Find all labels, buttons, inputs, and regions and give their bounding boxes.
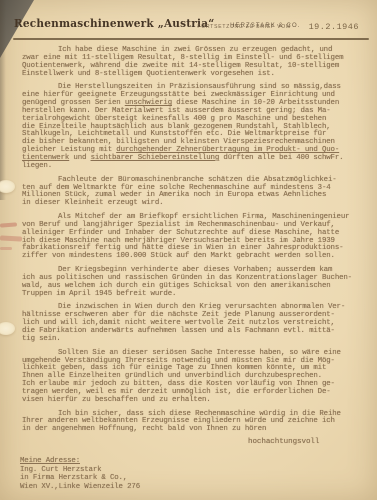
letter-line: Truppen im April 1945 befreit wurde. [22,291,366,299]
paragraph: Sollten Sie an dieser seriösen Sache Int… [22,350,366,405]
letter-body: Ich habe diese Maschine in zwei Grössen … [22,47,366,440]
company-name: Rechenmaschinenwerk „Austria“ [14,18,214,31]
address-line: Wien XV.,Linke Wienzeile 276 [20,483,140,492]
address-line: Ing. Curt Herzstark [20,466,140,475]
address-block: Meine Adresse: Ing. Curt Herzstarkin Fir… [20,457,140,491]
letter-line: in der angenehmen Hoffnung, recht bald v… [22,426,366,434]
paragraph: Fachleute der Büromaschinenbranche schät… [22,177,366,208]
left-edge-shadow [0,0,6,200]
red-edge-mark [0,222,17,227]
paragraph: Ich bin sicher, dass sich diese Rechenma… [22,411,366,435]
letter-paper: Rechenmaschinenwerk „Austria“ HERZSTARK … [0,0,377,500]
paragraph: Ich habe diese Maschine in zwei Grössen … [22,47,366,78]
paragraph: Die Herstellungszeiten in Präzisionsausf… [22,84,366,170]
red-edge-mark [0,235,22,241]
address-line: in Firma Herzstark & Co., [20,474,140,483]
letter-line: ziffer von mindestens 100.000 Stück auf … [22,253,366,261]
closing-salutation: hochachtungsvoll [248,438,319,446]
paragraph: Als Mitchef der am Briefkopf ersichtlich… [22,214,366,261]
letter-line: liegen. [22,163,366,171]
letterhead-rule [13,38,369,40]
address-label: Meine Adresse: [20,457,140,466]
letter-line: in dieser Kleinheit erzeugt wird. [22,200,366,208]
letter-line: tig sein. [22,336,366,344]
red-edge-mark [0,247,12,250]
letter-line: Einstellwerk und 8-stelligem Quotientenw… [22,71,366,79]
punch-hole [0,322,15,335]
punch-hole [0,180,15,193]
letter-line: tientenwerk und sichtbarer Schiebereinst… [22,155,366,163]
continuation-header: FORTSETZUNG ZU BRIEF VOM 19.2.1946 [197,18,359,36]
letter-line: die Fabrikation anderwärts aufnehmen las… [22,328,366,336]
letter-line: visen hierfür zu beschaffen und zu erhal… [22,397,366,405]
paragraph: Die inzwischen in Wien durch den Krieg v… [22,304,366,343]
continuation-label: FORTSETZUNG ZU BRIEF VOM [197,24,291,30]
letter-date: 19.2.1946 [309,22,359,32]
letterhead: Rechenmaschinenwerk „Austria“ HERZSTARK … [14,14,367,36]
paragraph: Der Kriegsbeginn verhinderte aber dieses… [22,267,366,298]
